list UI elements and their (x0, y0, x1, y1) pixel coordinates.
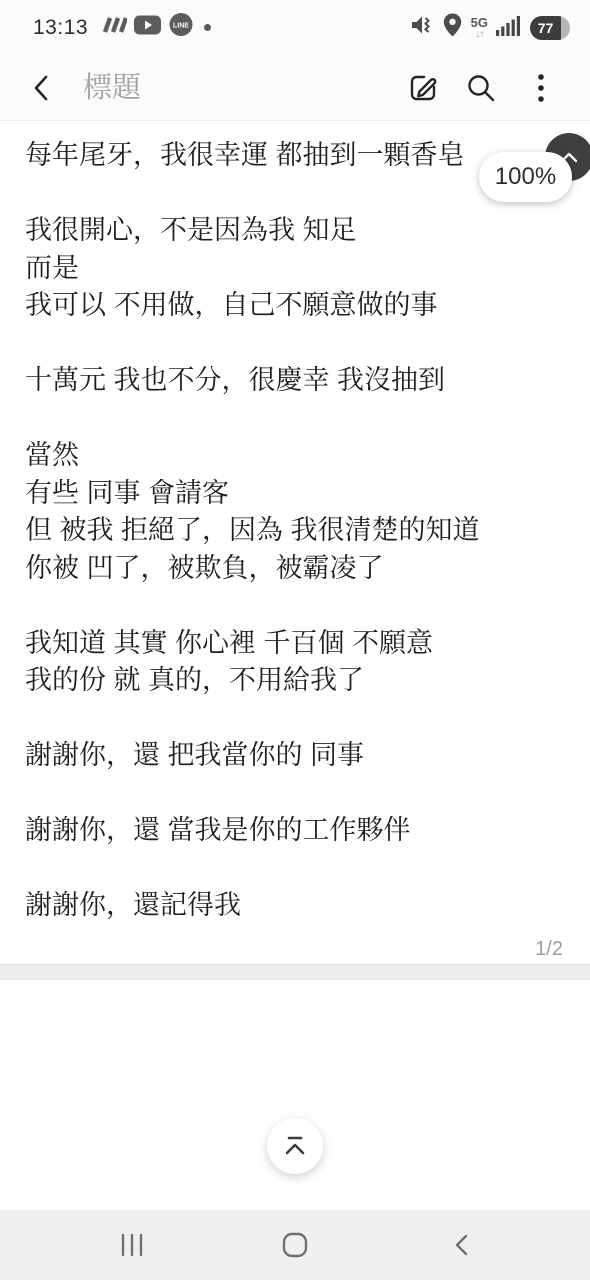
zoom-level-badge: 100% (479, 152, 572, 202)
network-type-indicator: 5G ↓↑ (471, 16, 488, 40)
note-line (25, 850, 580, 888)
note-page-1[interactable]: 每年尾牙，我很幸運 都抽到一顆香皂我很開心，不是因為我 知足而是我可以 不用做，… (0, 121, 590, 964)
mute-vibrate-icon (410, 12, 434, 43)
page-indicator: 1/2 (535, 938, 563, 961)
note-line (25, 325, 580, 363)
chevron-up-to-top-icon (281, 1134, 309, 1158)
note-line (25, 700, 580, 738)
nav-back-chevron-icon (452, 1231, 472, 1259)
note-body: 每年尾牙，我很幸運 都抽到一顆香皂我很開心，不是因為我 知足而是我可以 不用做，… (25, 137, 580, 925)
battery-percent-label: 77 (530, 16, 561, 40)
notification-overflow-dot-icon (204, 24, 211, 31)
edit-pencil-icon (405, 70, 441, 106)
note-line: 我可以 不用做，自己不願意做的事 (25, 287, 580, 325)
nav-recents-button[interactable] (97, 1210, 167, 1280)
line-notification-icon: LINE (168, 12, 194, 43)
note-page-2[interactable] (0, 980, 590, 1210)
status-time: 13:13 (33, 16, 88, 40)
network-5g-label: 5G (471, 16, 488, 29)
note-line: 謝謝你，還 把我當你的 同事 (25, 737, 580, 775)
note-line: 我知道 其實 你心裡 千百個 不願意 (25, 625, 580, 663)
note-line: 但 被我 拒絕了，因為 我很清楚的知道 (25, 512, 580, 550)
search-button[interactable] (462, 69, 500, 107)
chevron-left-icon (36, 77, 46, 99)
svg-text:LINE: LINE (173, 23, 189, 30)
note-line (25, 400, 580, 438)
note-title: 標題 (83, 55, 141, 121)
note-line (25, 587, 580, 625)
battery-indicator: 77 (530, 16, 570, 40)
note-line: 謝謝你，還記得我 (25, 887, 580, 925)
note-line: 我的份 就 真的，不用給我了 (25, 662, 580, 700)
recents-bars-icon (119, 1232, 145, 1258)
network-arrows-icon: ↓↑ (475, 30, 483, 40)
status-left-cluster: 13:13 LINE (33, 12, 211, 43)
note-line: 你被 凹了，被欺負，被霸凌了 (25, 550, 580, 588)
youtube-notification-icon (134, 15, 161, 40)
three-dots-vertical-icon (537, 71, 545, 105)
back-button[interactable] (30, 72, 56, 104)
note-line: 有些 同事 會請客 (25, 475, 580, 513)
signal-bars-icon (496, 13, 522, 42)
note-line: 十萬元 我也不分，很慶幸 我沒抽到 (25, 362, 580, 400)
note-line: 我很開心，不是因為我 知足 (25, 212, 580, 250)
note-line: 謝謝你，還 當我是你的工作夥伴 (25, 812, 580, 850)
location-pin-icon (442, 12, 463, 43)
home-squircle-icon (281, 1231, 309, 1259)
search-icon (464, 71, 498, 105)
status-bar: 13:13 LINE 5G ↓↑ (0, 0, 590, 55)
android-nav-bar (0, 1210, 590, 1280)
scroll-to-top-fab[interactable] (267, 1118, 323, 1174)
page-break-divider (0, 964, 590, 980)
zoom-level-label: 100% (495, 163, 556, 191)
note-line (25, 775, 580, 813)
edit-note-button[interactable] (404, 69, 442, 107)
note-line: 當然 (25, 437, 580, 475)
more-options-button[interactable] (522, 69, 560, 107)
nav-back-button[interactable] (427, 1210, 497, 1280)
nav-home-button[interactable] (260, 1210, 330, 1280)
note-line: 而是 (25, 250, 580, 288)
status-right-cluster: 5G ↓↑ 77 (410, 12, 570, 43)
note-header: 標題 (0, 55, 590, 121)
phone-screen: 13:13 LINE 5G ↓↑ (0, 0, 590, 1280)
slashes-notification-icon (101, 13, 127, 42)
